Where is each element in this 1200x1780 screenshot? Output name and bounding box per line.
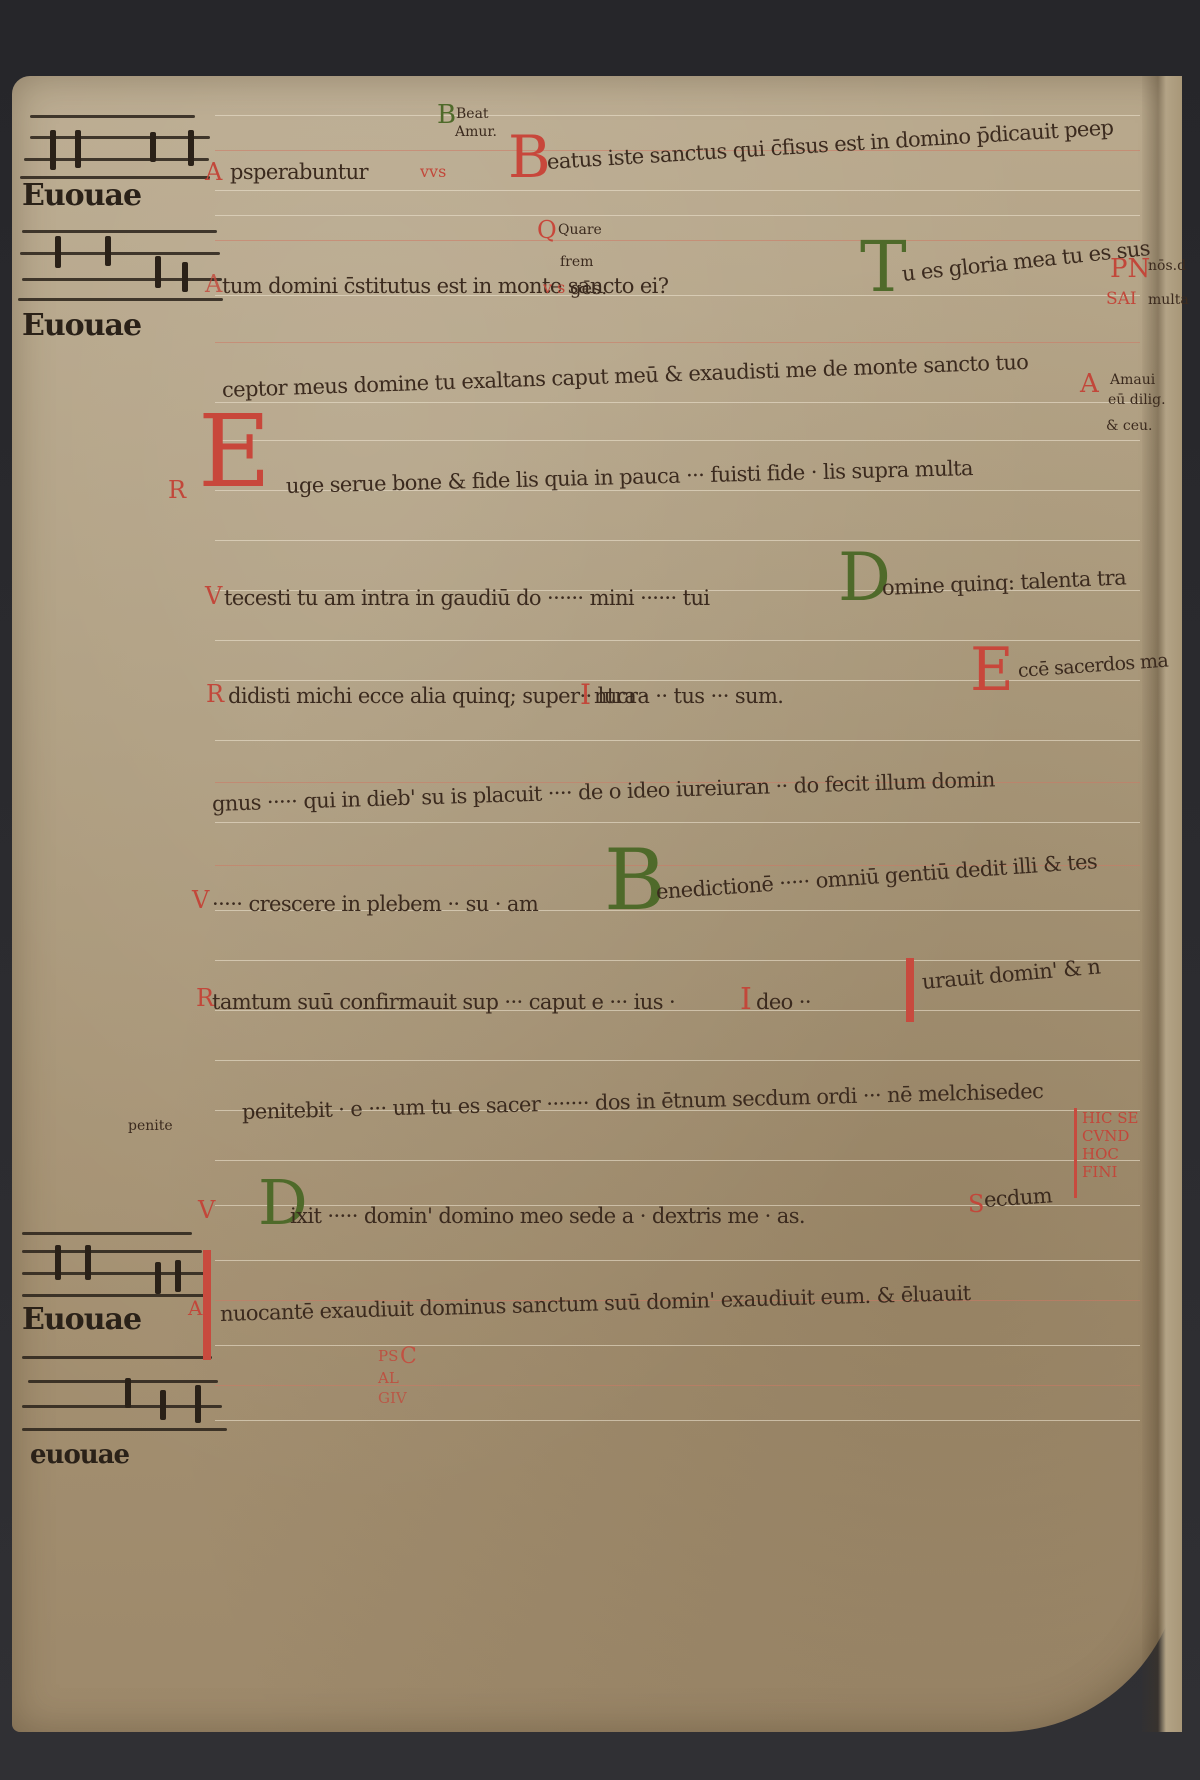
initial-B: B (508, 128, 551, 186)
line-text: tecesti tu am intra in gaudiū do ······ … (224, 586, 710, 610)
rubric-initial-I-1: I (740, 982, 752, 1017)
cue-text-1: Quare (558, 222, 602, 238)
rubric-verse: V (205, 582, 222, 610)
cue-text-3: gēs. (570, 278, 607, 299)
line-continuation-1: ntra · (594, 684, 648, 708)
rubric-responsory: R (206, 680, 224, 708)
line-continuation: ecdum (983, 1183, 1053, 1212)
line-text: psperabuntur (230, 160, 368, 184)
margin-bracket (1074, 1108, 1077, 1198)
right-margin-rubric-A: A (1080, 370, 1099, 399)
cue-text-2: Amur. (455, 124, 497, 140)
rubric-initial-S: S (968, 1190, 984, 1218)
right-margin-text-3: Amaui (1110, 372, 1155, 388)
cue-text-1: Beat (456, 106, 489, 122)
right-margin-rubric-4: FINI (1082, 1164, 1117, 1181)
cue-initial-C: C (400, 1346, 417, 1368)
cue-initial-B: B (437, 102, 456, 128)
right-margin-rubric-2: CVND (1082, 1128, 1129, 1145)
cue-text-2: frem (560, 254, 593, 270)
line-continuation-1: deo ·· (756, 990, 811, 1014)
line-text: didisti michi ecce alia quinq; super·· l… (228, 684, 783, 708)
rubric-verse: V (192, 886, 209, 914)
right-margin-text-5: & ceu. (1106, 418, 1153, 434)
rubric-initial-I-2 (906, 958, 914, 1022)
cue-rubric: v s (543, 278, 565, 297)
initial-T: T (860, 232, 907, 302)
rubric-antiphon: A (205, 270, 222, 298)
cue-initial-Q: Q (537, 218, 557, 242)
right-margin-rubric-3: HOC (1082, 1146, 1119, 1163)
line-text: ixit ····· domin' domino meo sede a · de… (290, 1204, 805, 1228)
binding-gutter (1142, 76, 1182, 1732)
rubric-initial-I (203, 1250, 211, 1360)
cue-rubric-2: AL (378, 1370, 399, 1387)
right-margin-rubric-SAI: SAI (1106, 290, 1137, 309)
cue-rubric: vvs (420, 162, 446, 181)
right-margin-text-1: nōs.d (1148, 258, 1186, 274)
initial-E: E (198, 402, 271, 502)
margin-note-penite: penite (128, 1118, 173, 1134)
right-margin-text-2: multa (1148, 292, 1189, 308)
initial-E: E (970, 640, 1014, 700)
margin-euouae-2: Euouae (22, 308, 141, 343)
rubric-responsory: R (168, 476, 186, 504)
margin-euouae-3: Euouae (22, 1302, 141, 1337)
line-text: tamtum suū confirmauit sup ··· caput e ·… (212, 990, 675, 1014)
right-margin-rubric-1: HIC SE (1082, 1110, 1138, 1127)
cue-rubric-3: GIV (378, 1390, 407, 1407)
right-margin-rubric-PN: PN (1110, 255, 1150, 284)
rubric-antiphon: A (205, 158, 222, 186)
cue-rubric-1: PS (378, 1348, 398, 1365)
rubric-verse: V (198, 1196, 215, 1224)
right-margin-text-4: eū dilig. (1108, 392, 1166, 408)
line-text: ····· crescere in plebem ·· su · am (212, 892, 538, 916)
manuscript-folio (12, 76, 1182, 1732)
margin-euouae-4: euouae (30, 1440, 129, 1470)
rubric-antiphon: A (188, 1296, 202, 1320)
rubric-initial-I: I (580, 678, 591, 711)
margin-euouae-1: Euouae (22, 178, 141, 213)
